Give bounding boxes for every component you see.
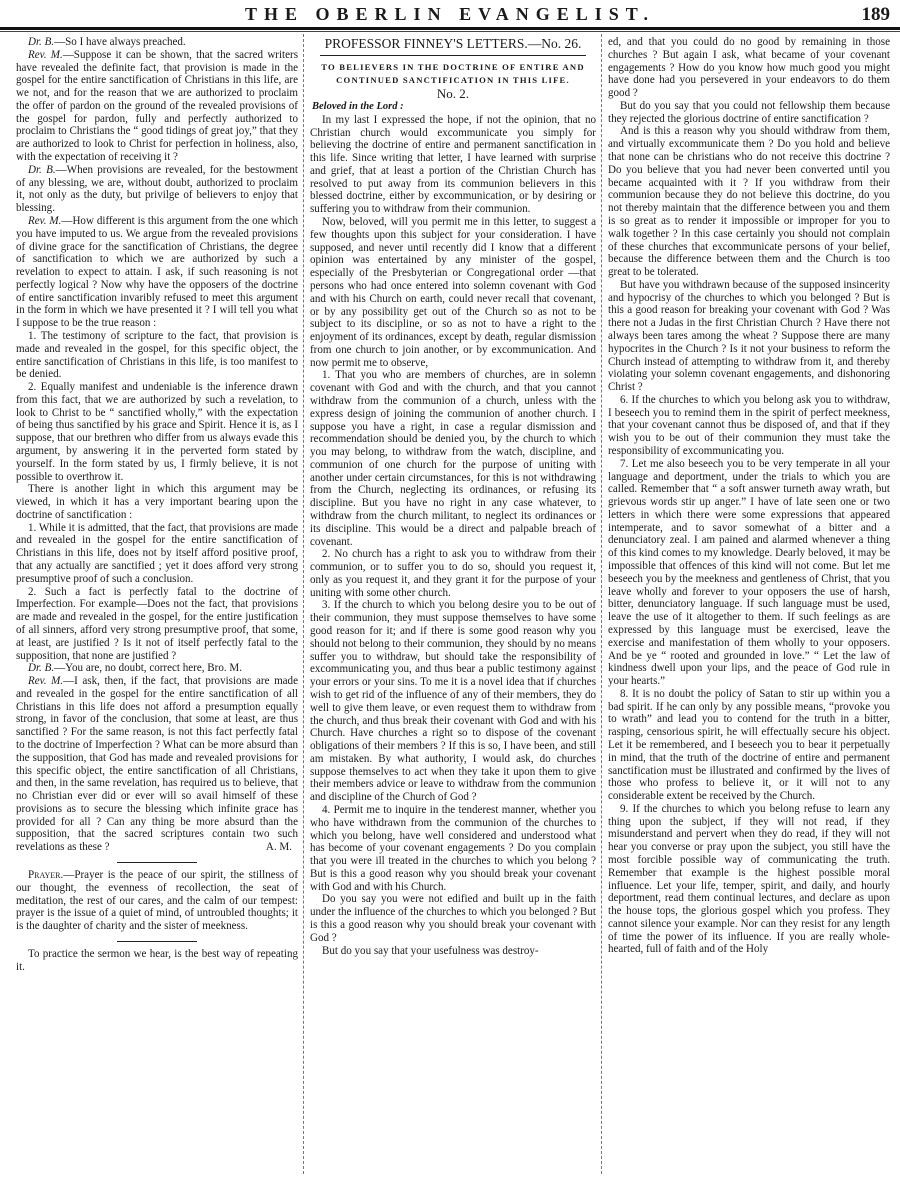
body-paragraph: Now, beloved, will you permit me in this… <box>310 216 596 369</box>
salutation: Beloved in the Lord : <box>310 101 596 114</box>
article-heading: PROFESSOR FINNEY'S LETTERS.—No. 26. <box>310 36 596 52</box>
letter-number: No. 2. <box>310 87 596 101</box>
masthead-rule-thin <box>0 31 900 32</box>
body-paragraph: 3. If the church to which you belong des… <box>310 599 596 804</box>
dialogue-paragraph: Rev. M.—I ask, then, if the fact, that p… <box>16 675 298 854</box>
section-divider <box>117 941 197 942</box>
speaker: Dr. B. <box>28 36 54 48</box>
dialogue-paragraph: Dr. B.—You are, no doubt, correct here, … <box>16 662 298 675</box>
body-paragraph: Do you say you were not edified and buil… <box>310 893 596 944</box>
body-paragraph: 1. While it is admitted, that the fact, … <box>16 522 298 586</box>
newspaper-page: THE OBERLIN EVANGELIST. 189 Dr. B.—So I … <box>0 0 900 1178</box>
body-paragraph: And is this a reason why you should with… <box>608 125 890 278</box>
prayer-paragraph: Prayer.—Prayer is the peace of our spiri… <box>16 869 298 933</box>
speaker: Rev. M. <box>28 215 61 227</box>
maxim-paragraph: To practice the sermon we hear, is the b… <box>16 948 298 974</box>
heading-rule <box>320 55 586 56</box>
prayer-label: Prayer. <box>28 869 63 881</box>
body-paragraph: But do you say that your usefulness was … <box>310 945 596 958</box>
section-divider <box>117 862 197 863</box>
column-2: PROFESSOR FINNEY'S LETTERS.—No. 26. TO B… <box>310 36 596 957</box>
body-paragraph: In my last I expressed the hope, if not … <box>310 114 596 216</box>
body-paragraph: 8. It is no doubt the policy of Satan to… <box>608 688 890 803</box>
dialogue-paragraph: Rev. M.—Suppose it can be shown, that th… <box>16 49 298 164</box>
column-divider <box>303 34 304 1174</box>
column-divider <box>601 34 602 1174</box>
body-paragraph: ed, and that you could do no good by rem… <box>608 36 890 100</box>
page-number: 189 <box>862 4 891 26</box>
body-paragraph: 9. If the churches to which you belong r… <box>608 803 890 956</box>
speaker: Rev. M. <box>28 49 63 61</box>
body-paragraph: But have you withdrawn because of the su… <box>608 279 890 394</box>
body-paragraph: 1. That you who are members of churches,… <box>310 369 596 548</box>
column-1: Dr. B.—So I have always preached. Rev. M… <box>16 36 298 973</box>
speaker: Dr. B. <box>28 164 56 176</box>
masthead: THE OBERLIN EVANGELIST. 189 <box>0 4 900 26</box>
article-subheading: TO BELIEVERS IN THE DOCTRINE OF ENTIRE A… <box>310 61 596 87</box>
dialogue-paragraph: Dr. B.—So I have always preached. <box>16 36 298 49</box>
body-paragraph: But do you say that you could not fellow… <box>608 100 890 126</box>
dialogue-paragraph: Rev. M.—How different is this argument f… <box>16 215 298 330</box>
body-paragraph: 2. No church has a right to ask you to w… <box>310 548 596 599</box>
body-paragraph: 2. Equally manifest and undeniable is th… <box>16 381 298 483</box>
body-paragraph: There is another light in which this arg… <box>16 483 298 521</box>
body-paragraph: 2. Such a fact is perfectly fatal to the… <box>16 586 298 663</box>
body-paragraph: 6. If the churches to which you belong a… <box>608 394 890 458</box>
signature: A. M. <box>254 841 298 854</box>
speaker: Dr. B. <box>28 662 54 674</box>
masthead-rule <box>0 27 900 30</box>
body-paragraph: 7. Let me also beseech you to be very te… <box>608 458 890 688</box>
body-paragraph: 1. The testimony of scripture to the fac… <box>16 330 298 381</box>
speaker: Rev. M. <box>28 675 63 687</box>
dialogue-paragraph: Dr. B.—When provisions are revealed, for… <box>16 164 298 215</box>
column-3: ed, and that you could do no good by rem… <box>608 36 890 956</box>
body-paragraph: 4. Permit me to inquire in the tenderest… <box>310 804 596 893</box>
newspaper-title: THE OBERLIN EVANGELIST. <box>0 4 900 25</box>
